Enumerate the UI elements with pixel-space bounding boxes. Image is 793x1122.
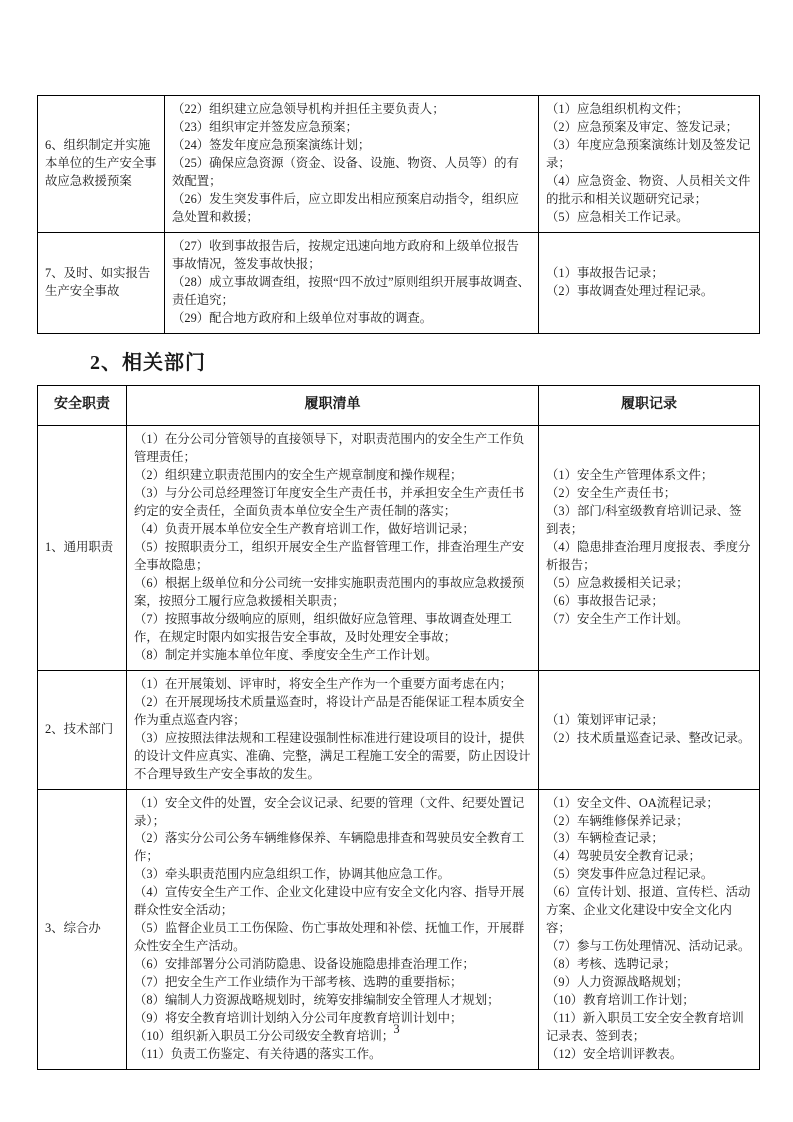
document-page: 6、组织制定并实施本单位的生产安全事故应急救援预案 （22）组织建立应急领导机构… [0,0,793,1122]
list-item: （1）安全文件的处置，安全会议记录、纪要的管理（文件、纪要处置记录）； [134,795,531,831]
list-item: （3）牵头职责范围内应急组织工作，协调其他应急工作。 [134,866,531,884]
list-item: （2）技术质量巡查记录、整改记录。 [546,730,752,748]
related-departments-table: 安全职责 履职清单 履职记录 1、通用职责 （1）在分公司分管领导的直接领导下，… [37,385,760,1070]
list-item: （3）与分公司总经理签订年度安全生产责任书，并承担安全生产责任书约定的安全责任，… [134,485,531,521]
list-item: （10）教育培训工作计划； [546,992,752,1010]
duties-table-continued: 6、组织制定并实施本单位的生产安全事故应急救援预案 （22）组织建立应急领导机构… [37,95,760,334]
list-item: （8）编制人力资源战略规划时，统筹安排编制安全管理人才规划； [134,992,531,1010]
records-cell: （1）策划评审记录；（2）技术质量巡查记录、整改记录。 [539,670,760,789]
list-item: （25）确保应急资源（资金、设备、设施、物资、人员等）的有效配置； [172,155,531,191]
list-item: （29）配合地方政府和上级单位对事故的调查。 [172,310,531,328]
list-item: （4）宣传安全生产工作、企业文化建设中应有安全文化内容、指导开展群众性安全活动； [134,884,531,920]
list-item: （11）负责工伤鉴定、有关待遇的落实工作。 [134,1046,531,1064]
list-item: （2）落实分公司公务车辆维修保养、车辆隐患排查和驾驶员安全教育工作； [134,830,531,866]
list-item: （3）应按照法律法规和工程建设强制性标准进行建设项目的设计，提供的设计文件应真实… [134,730,531,784]
table-row: 2、技术部门 （1）在开展策划、评审时，将安全生产作为一个重要方面考虑在内；（2… [38,670,760,789]
list-item: （24）签发年度应急预案演练计划； [172,137,531,155]
list-item: （4）驾驶员安全教育记录； [546,848,752,866]
list-item: （7）安全生产工作计划。 [546,611,752,629]
list-item: （4）负责开展本单位安全生产教育培训工作，做好培训记录； [134,521,531,539]
list-item: （5）监督企业员工工伤保险、伤亡事故处理和补偿、抚恤工作，开展群众性安全生产活动… [134,920,531,956]
checklist-cell: （1）在开展策划、评审时，将安全生产作为一个重要方面考虑在内；（2）在开展现场技… [127,670,539,789]
checklist-cell: （27）收到事故报告后，按规定迅速向地方政府和上级单位报告事故情况，签发事故快报… [165,232,539,333]
list-item: （7）按照事故分级响应的原则，组织做好应急管理、事故调查处理工作，在规定时限内如… [134,611,531,647]
list-item: （1）应急组织机构文件； [546,101,752,119]
header-duty-records: 履职记录 [539,385,760,425]
list-item: （7）参与工伤处理情况、活动记录。 [546,938,752,956]
list-item: （8）考核、选聘记录； [546,956,752,974]
list-item: （5）应急相关工作记录。 [546,209,752,227]
header-safety-duty: 安全职责 [38,385,127,425]
table-row: 7、及时、如实报告生产安全事故 （27）收到事故报告后，按规定迅速向地方政府和上… [38,232,760,333]
list-item: （1）在开展策划、评审时，将安全生产作为一个重要方面考虑在内； [134,676,531,694]
records-cell: （1）安全生产管理体系文件；（2）安全生产责任书；（3）部门/科室级教育培训记录… [539,425,760,670]
list-item: （26）发生突发事件后，应立即发出相应预案启动指令，组织应急处置和救援； [172,191,531,227]
list-item: （9）人力资源战略规划； [546,974,752,992]
checklist-cell: （22）组织建立应急领导机构并担任主要负责人；（23）组织审定并签发应急预案；（… [165,96,539,233]
list-item: （22）组织建立应急领导机构并担任主要负责人； [172,101,531,119]
records-cell: （1）应急组织机构文件；（2）应急预案及审定、签发记录；（3）年度应急预案演练计… [539,96,760,233]
section-heading: 2、相关部门 [90,346,793,375]
table-row: 1、通用职责 （1）在分公司分管领导的直接领导下，对职责范围内的安全生产工作负管… [38,425,760,670]
list-item: （2）应急预案及审定、签发记录； [546,119,752,137]
list-item: （6）安排部署分公司消防隐患、设备设施隐患排查治理工作； [134,956,531,974]
list-item: （28）成立事故调查组，按照“四不放过”原则组织开展事故调查、责任追究； [172,274,531,310]
list-item: （27）收到事故报告后，按规定迅速向地方政府和上级单位报告事故情况，签发事故快报… [172,238,531,274]
list-item: （2）组织建立职责范围内的安全生产规章制度和操作规程； [134,467,531,485]
list-item: （2）车辆维修保养记录； [546,813,752,831]
records-cell: （1）事故报告记录；（2）事故调查处理过程记录。 [539,232,760,333]
list-item: （3）年度应急预案演练计划及签发记录； [546,137,752,173]
list-item: （8）制定并实施本单位年度、季度安全生产工作计划。 [134,647,531,665]
list-item: （6）宣传计划、报道、宣传栏、活动方案、企业文化建设中安全文化内容； [546,884,752,938]
list-item: （1）安全文件、OA流程记录； [546,795,752,813]
list-item: （5）应急救援相关记录； [546,575,752,593]
list-item: （1）策划评审记录； [546,712,752,730]
duty-cell: 2、技术部门 [38,670,127,789]
duty-cell: 1、通用职责 [38,425,127,670]
table-row: 6、组织制定并实施本单位的生产安全事故应急救援预案 （22）组织建立应急领导机构… [38,96,760,233]
list-item: （4）应急资金、物资、人员相关文件的批示和相关议题研究记录； [546,173,752,209]
list-item: （6）根据上级单位和分公司统一安排实施职责范围内的事故应急救援预案，按照分工履行… [134,575,531,611]
list-item: （1）安全生产管理体系文件； [546,467,752,485]
list-item: （1）事故报告记录； [546,265,752,283]
list-item: （7）把安全生产工作业绩作为干部考核、选聘的重要指标； [134,974,531,992]
list-item: （12）安全培训评教表。 [546,1046,752,1064]
duty-cell: 6、组织制定并实施本单位的生产安全事故应急救援预案 [38,96,165,233]
page-number: 3 [0,1022,793,1037]
list-item: （2）事故调查处理过程记录。 [546,283,752,301]
list-item: （6）事故报告记录； [546,593,752,611]
header-duty-checklist: 履职清单 [127,385,539,425]
list-item: （5）突发事件应急过程记录。 [546,866,752,884]
checklist-cell: （1）在分公司分管领导的直接领导下，对职责范围内的安全生产工作负管理责任；（2）… [127,425,539,670]
list-item: （2）安全生产责任书； [546,485,752,503]
duty-cell: 7、及时、如实报告生产安全事故 [38,232,165,333]
list-item: （2）在开展现场技术质量巡查时，将设计产品是否能保证工程本质安全作为重点巡查内容… [134,694,531,730]
list-item: （1）在分公司分管领导的直接领导下，对职责范围内的安全生产工作负管理责任； [134,431,531,467]
list-item: （3）车辆检查记录； [546,830,752,848]
table-header-row: 安全职责 履职清单 履职记录 [38,385,760,425]
list-item: （4）隐患排查治理月度报表、季度分析报告； [546,539,752,575]
list-item: （5）按照职责分工，组织开展安全生产监督管理工作，排查治理生产安全事故隐患； [134,539,531,575]
list-item: （23）组织审定并签发应急预案； [172,119,531,137]
list-item: （3）部门/科室级教育培训记录、签到表； [546,503,752,539]
